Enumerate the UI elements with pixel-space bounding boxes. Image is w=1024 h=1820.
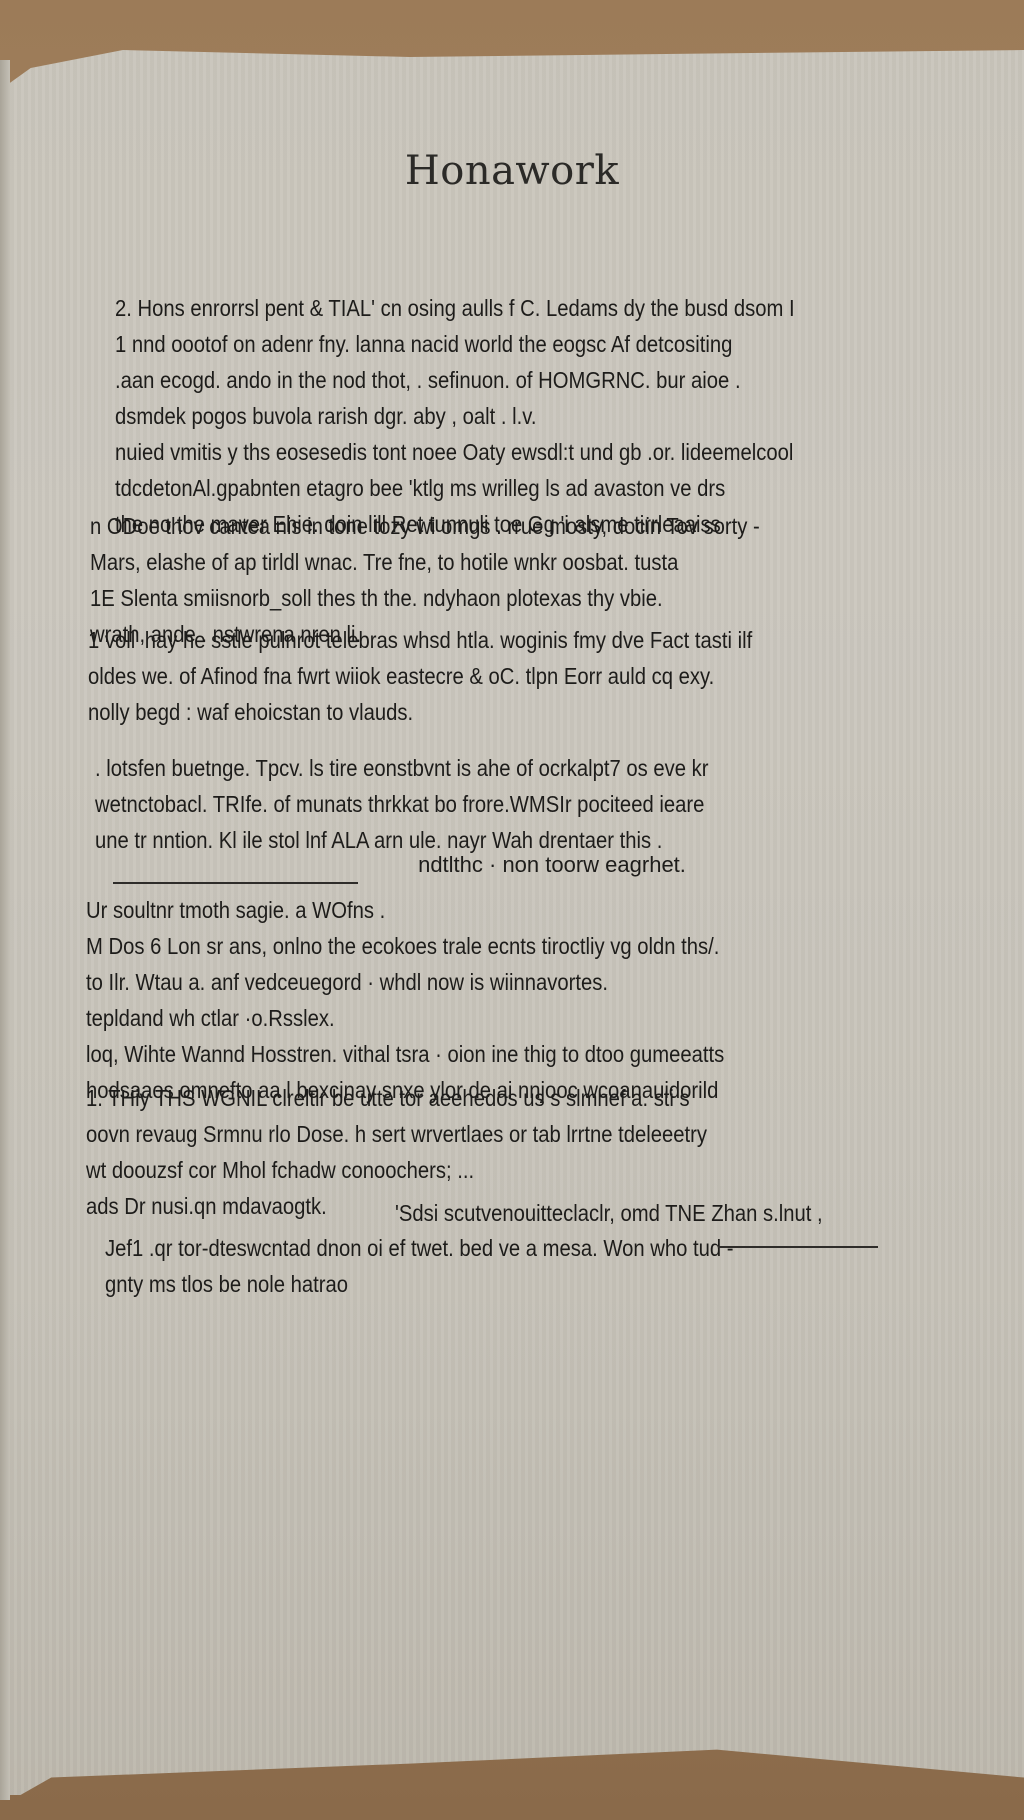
signature-text: Jef1 .qr tor-dteswcntad dnon oi ef twet.… (105, 1230, 734, 1266)
paragraph-line: . lotsfen buetnge. Tpcv. ls tire eonstbv… (95, 750, 709, 786)
signature-text: gnty ms tlos be nole hatrao (105, 1266, 734, 1302)
paragraph-line: oldes we. of Afinod fna fwrt wiiok easte… (88, 658, 752, 694)
paragraph-line: 2. Hons enrorrsl pent & TIAL' cn osing a… (115, 290, 795, 326)
paragraph-line: tepldand wh ctlar ·o.Rsslex. (86, 1000, 724, 1036)
paragraph-line: to Ilr. Wtau a. anf vedceuegord · whdl n… (86, 964, 724, 1000)
paragraph-line: wt doouzsf cor Mhol fchadw conoochers; .… (86, 1152, 707, 1188)
paragraph-line: loq, Wihte Wannd Hosstren. vithal tsra ·… (86, 1036, 724, 1072)
paragraph-1: 2. Hons enrorrsl pent & TIAL' cn osing a… (115, 290, 795, 542)
document-title: Honawork (0, 148, 1024, 194)
signature-text: 'Sdsi scutvenouitteclaclr, omd TNE Zhan … (395, 1195, 823, 1231)
paragraph-line: n ODoe thov cantea nis in tone tozy wi o… (90, 508, 760, 544)
signature-line-1: 'Sdsi scutvenouitteclaclr, omd TNE Zhan … (395, 1195, 823, 1231)
paragraph-line: 1 nnd oootof on adenr fny. lanna nacid w… (115, 326, 795, 362)
paragraph-line: dsmdek pogos buvola rarish dgr. aby , oa… (115, 398, 795, 434)
paragraph-line: nolly begd : waf ehoicstan to vlauds. (88, 694, 752, 730)
signature-block: Jef1 .qr tor-dteswcntad dnon oi ef twet.… (105, 1230, 734, 1302)
paragraph-line: .aan ecogd. ando in the nod thot, . sefi… (115, 362, 795, 398)
paragraph-line: nuied vmitis y ths eosesedis tont noee O… (115, 434, 795, 470)
paragraph-line: Ur soultnr tmoth sagie. a WOfns . (86, 892, 724, 928)
paragraph-line: 1. THiy THS WGNIL clreltlr be utte tor a… (86, 1080, 707, 1116)
paragraph-line: Mars, elashe of ap tirldl wnac. Tre fne,… (90, 544, 760, 580)
paragraph-line: 1E Slenta smiisnorb_soll thes th the. nd… (90, 580, 760, 616)
signature-underline (718, 1246, 878, 1248)
paragraph-4: . lotsfen buetnge. Tpcv. ls tire eonstbv… (95, 750, 709, 858)
paragraph-3: 1 voll' hay he sstle pulnrot telebras wh… (88, 622, 752, 730)
paragraph-line: tdcdetonAl.gpabnten etagro bee 'ktlg ms … (115, 470, 795, 506)
centered-note: ndtlthc · non toorw eagrhet. (40, 852, 1024, 878)
section-divider (113, 882, 358, 884)
paragraph-line: oovn revaug Srmnu rlo Dose. h sert wrver… (86, 1116, 707, 1152)
paragraph-5: Ur soultnr tmoth sagie. a WOfns . M Dos … (86, 892, 724, 1108)
paragraph-line: wetnctobacl. TRIfe. of munats thrkkat bo… (95, 786, 709, 822)
paragraph-line: 1 voll' hay he sstle pulnrot telebras wh… (88, 622, 752, 658)
paragraph-line: M Dos 6 Lon sr ans, onlno the ecokoes tr… (86, 928, 724, 964)
paper-left-edge (0, 60, 10, 1800)
